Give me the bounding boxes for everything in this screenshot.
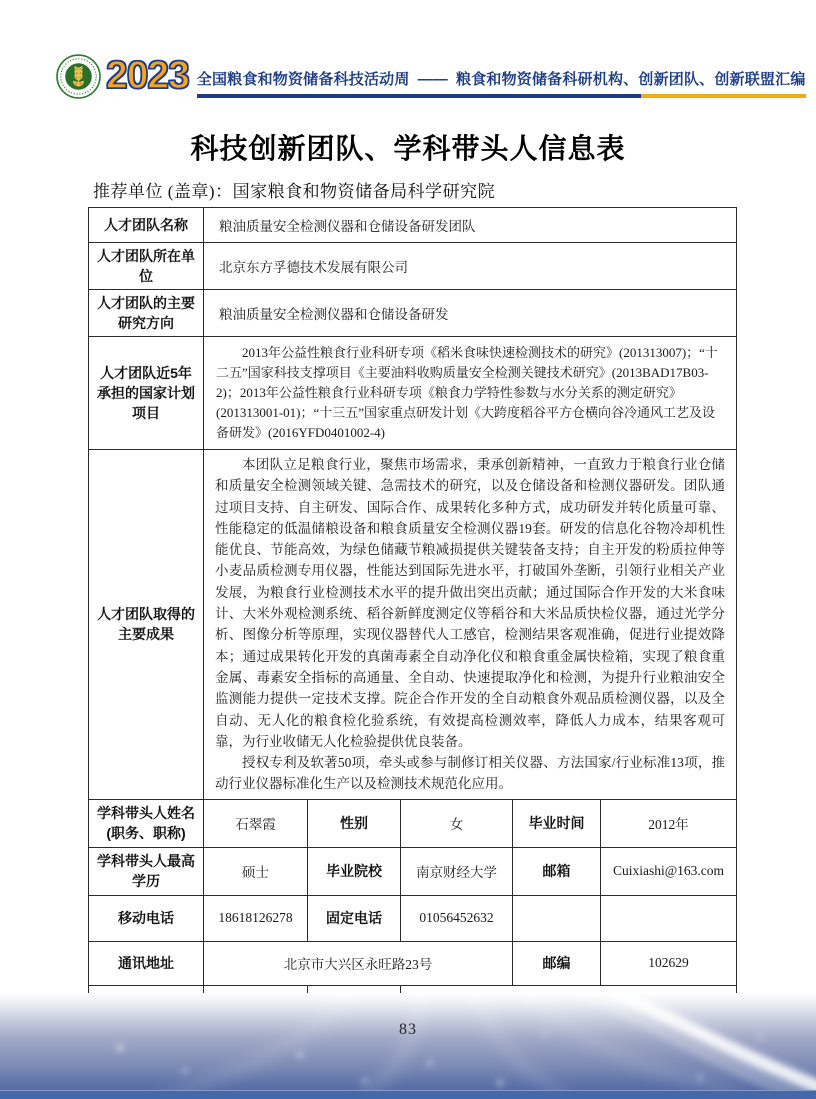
divider-blue-segment: [197, 94, 641, 98]
education-value: 硕士: [204, 847, 308, 895]
email-label: 邮箱: [513, 847, 601, 895]
document-title: 科技创新团队、学科带头人信息表: [0, 127, 816, 167]
team-org-value: 北京东方孚德技术发展有限公司: [204, 243, 737, 290]
address-label: 通讯地址: [89, 941, 204, 985]
achievements-paragraph-2: 授权专利及软著50项，牵头或参与制修订相关仪器、方法国家/行业标准13项，推动行…: [206, 752, 734, 795]
info-table: 人才团队名称 粮油质量安全检测仪器和仓储设备研发团队 人才团队所在单位 北京东方…: [88, 207, 737, 1029]
team-direction-label: 人才团队的主要研究方向: [89, 290, 204, 337]
header-dash: ——: [418, 71, 448, 88]
team-org-label: 人才团队所在单位: [89, 243, 204, 290]
achievements-paragraph-1: 本团队立足粮食行业，聚焦市场需求，秉承创新精神，一直致力于粮食行业仓储和质量安全…: [206, 454, 734, 752]
team-projects-text: 2013年公益性粮食行业科研专项《稻米食味快速检测技术的研究》(20131300…: [206, 341, 734, 445]
footer-wave: 83: [0, 993, 816, 1099]
graduation-time-value: 2012年: [601, 799, 737, 847]
school-label: 毕业院校: [308, 847, 401, 895]
gender-label: 性别: [308, 799, 401, 847]
table-row: 人才团队近5年承担的国家计划项目 2013年公益性粮食行业科研专项《稻米食味快速…: [89, 337, 737, 450]
mobile-value: 18618126278: [204, 895, 308, 941]
school-value: 南京财经大学: [401, 847, 513, 895]
recommender-line: 推荐单位 (盖章)：国家粮食和物资储备局科学研究院: [93, 177, 495, 202]
team-projects-value: 2013年公益性粮食行业科研专项《稻米食味快速检测技术的研究》(20131300…: [204, 337, 737, 450]
leader-name-label: 学科带头人姓名(职务、职称): [89, 799, 204, 847]
address-value: 北京市大兴区永旺路23号: [204, 941, 513, 985]
landline-value: 01056452632: [401, 895, 513, 941]
table-row: 人才团队取得的主要成果 本团队立足粮食行业，聚焦市场需求，秉承创新精神，一直致力…: [89, 450, 737, 800]
graduation-time-label: 毕业时间: [513, 799, 601, 847]
header-divider: [197, 94, 806, 98]
header-year: 2023: [106, 54, 189, 98]
team-name-label: 人才团队名称: [89, 208, 204, 243]
page-number: 83: [0, 1021, 816, 1039]
landline-label: 固定电话: [308, 895, 401, 941]
table-row: 学科带头人姓名(职务、职称) 石翠霞 性别 女 毕业时间 2012年: [89, 799, 737, 847]
table-row: 通讯地址 北京市大兴区永旺路23号 邮编 102629: [89, 941, 737, 985]
education-label: 学科带头人最高学历: [89, 847, 204, 895]
header-compilation-title: 粮食和物资储备科研机构、创新团队、创新联盟汇编: [456, 71, 806, 88]
table-row: 人才团队所在单位 北京东方孚德技术发展有限公司: [89, 243, 737, 290]
page-header: 2023 全国粮食和物资储备科技活动周——粮食和物资储备科研机构、创新团队、创新…: [56, 52, 762, 100]
header-strip-text: 全国粮食和物资储备科技活动周——粮食和物资储备科研机构、创新团队、创新联盟汇编: [197, 68, 806, 89]
table-row: 移动电话 18618126278 固定电话 01056452632: [89, 895, 737, 941]
mobile-label: 移动电话: [89, 895, 204, 941]
document-page: 2023 全国粮食和物资储备科技活动周——粮食和物资储备科研机构、创新团队、创新…: [0, 0, 816, 1099]
gender-value: 女: [401, 799, 513, 847]
header-event-title: 全国粮食和物资储备科技活动周: [197, 71, 410, 88]
leader-name-value: 石翠霞: [204, 799, 308, 847]
team-projects-label: 人才团队近5年承担的国家计划项目: [89, 337, 204, 450]
postcode-value: 102629: [601, 941, 737, 985]
table-row: 人才团队的主要研究方向 粮油质量安全检测仪器和仓储设备研发: [89, 290, 737, 337]
empty-cell: [513, 895, 601, 941]
table-row: 学科带头人最高学历 硕士 毕业院校 南京财经大学 邮箱 Cuixiashi@16…: [89, 847, 737, 895]
empty-cell: [601, 895, 737, 941]
footer-bottom-bar: [0, 1090, 816, 1099]
recommender-label: 推荐单位 (盖章)：: [93, 182, 233, 201]
recommender-value: 国家粮食和物资储备局科学研究院: [233, 182, 496, 201]
team-achievements-value: 本团队立足粮食行业，聚焦市场需求，秉承创新精神，一直致力于粮食行业仓储和质量安全…: [204, 450, 737, 800]
team-direction-value: 粮油质量安全检测仪器和仓储设备研发: [204, 290, 737, 337]
table-row: 人才团队名称 粮油质量安全检测仪器和仓储设备研发团队: [89, 208, 737, 243]
email-value: Cuixiashi@163.com: [601, 847, 737, 895]
divider-gold-segment: [641, 94, 805, 98]
team-achievements-label: 人才团队取得的主要成果: [89, 450, 204, 800]
wheat-emblem-icon: [56, 54, 101, 99]
wave-decoration: [0, 993, 816, 1099]
team-name-value: 粮油质量安全检测仪器和仓储设备研发团队: [204, 208, 737, 243]
header-right: 全国粮食和物资储备科技活动周——粮食和物资储备科研机构、创新团队、创新联盟汇编: [197, 54, 806, 98]
postcode-label: 邮编: [513, 941, 601, 985]
